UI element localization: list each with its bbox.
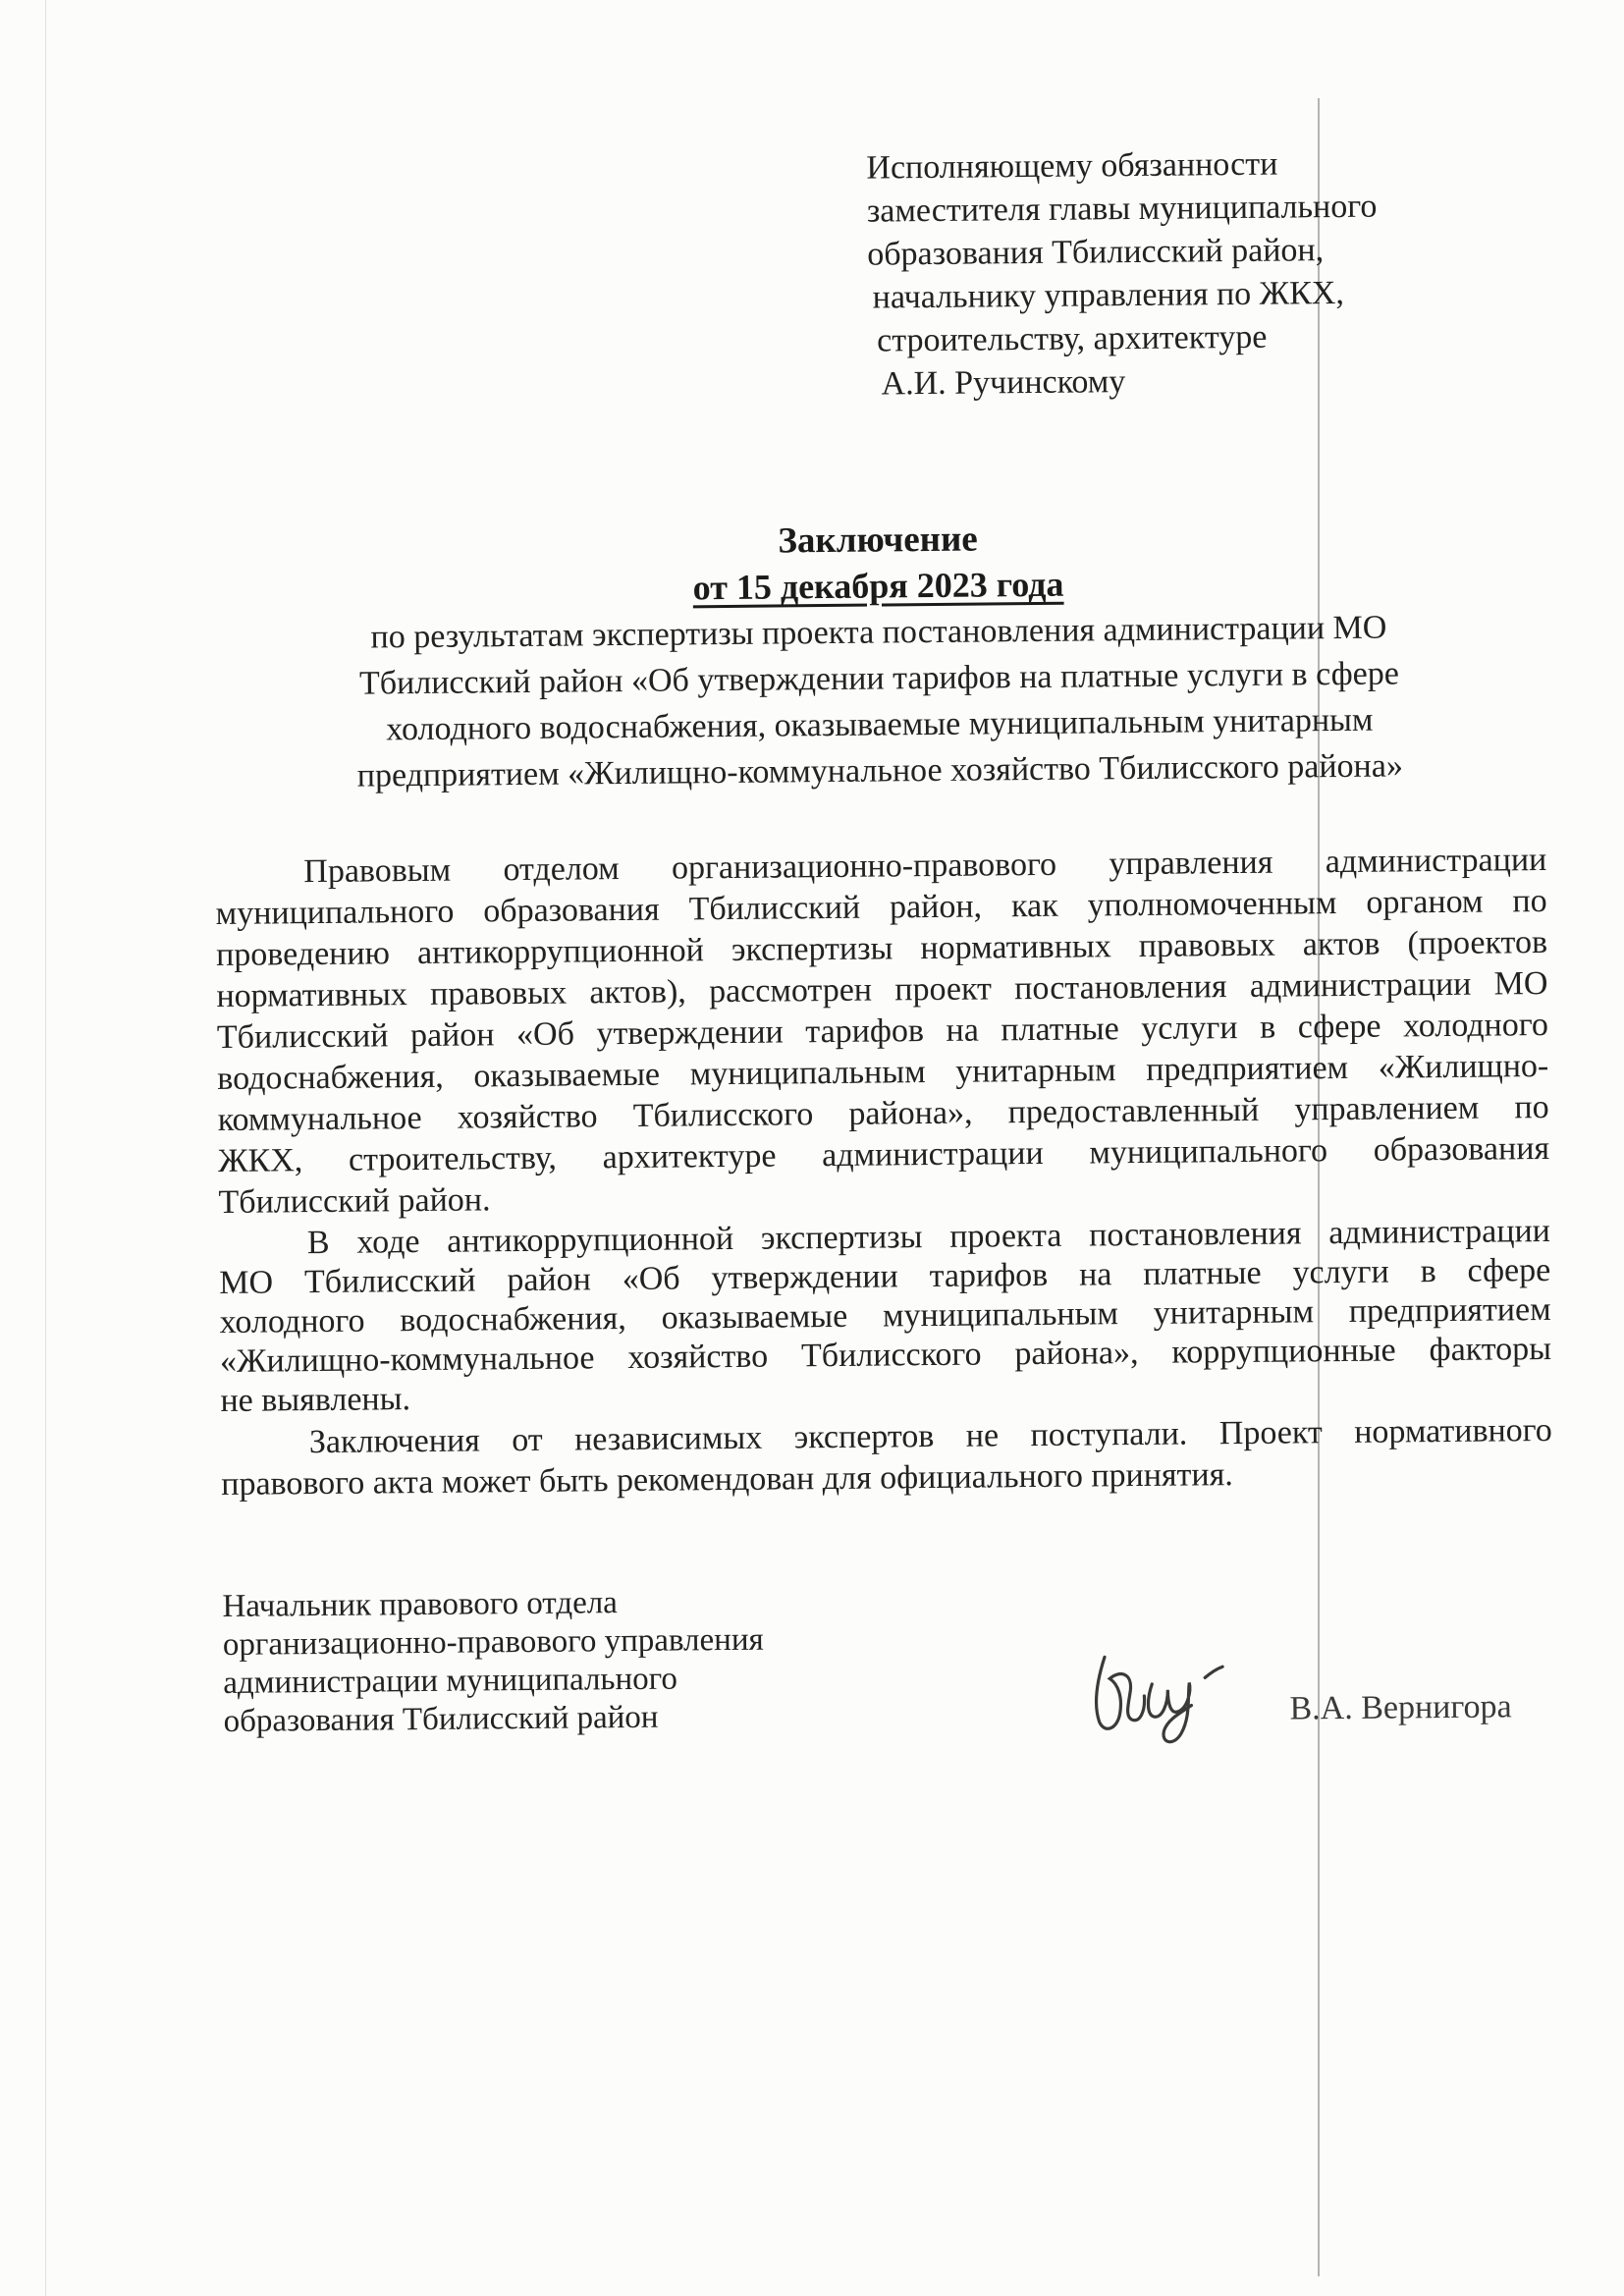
addressee-block: Исполняющему обязанности заместителя гла…	[866, 142, 1380, 407]
signatory-position-line: Начальник правового отдела	[222, 1581, 909, 1626]
addressee-line: Исполняющему обязанности	[866, 142, 1377, 191]
addressee-line: строительству, архитектуре	[868, 315, 1379, 363]
addressee-line: образования Тбилисский район,	[867, 229, 1378, 277]
body-paragraph-3: Заключения от независимых экспертов не п…	[221, 1410, 1553, 1505]
signatory-name: В.А. Вернигора	[1289, 1688, 1511, 1727]
addressee-line: начальнику управления по ЖКХ,	[868, 272, 1379, 320]
signatory-position-block: Начальник правового отдела организационн…	[222, 1581, 910, 1741]
addressee-name: А.И. Ручинскому	[868, 358, 1379, 407]
signatory-position-line: образования Тбилисский район	[223, 1696, 910, 1741]
scanned-document-page: Исполняющему обязанности заместителя гла…	[0, 0, 1624, 2296]
addressee-line: заместителя главы муниципального	[867, 186, 1378, 234]
title-block: Заключение от 15 декабря 2023 года по ре…	[212, 511, 1546, 800]
signatory-position-line: организационно-правового управления	[223, 1619, 910, 1665]
body-paragraph-1: Правовым отделом организационно-правовог…	[215, 840, 1550, 1224]
document-content: Исполняющему обязанности заместителя гла…	[0, 0, 1624, 2296]
handwritten-signature	[1083, 1638, 1246, 1763]
signatory-position-line: администрации муниципального	[223, 1658, 910, 1703]
body-paragraph-2: В ходе антикоррупционной экспертизы прое…	[219, 1212, 1552, 1421]
